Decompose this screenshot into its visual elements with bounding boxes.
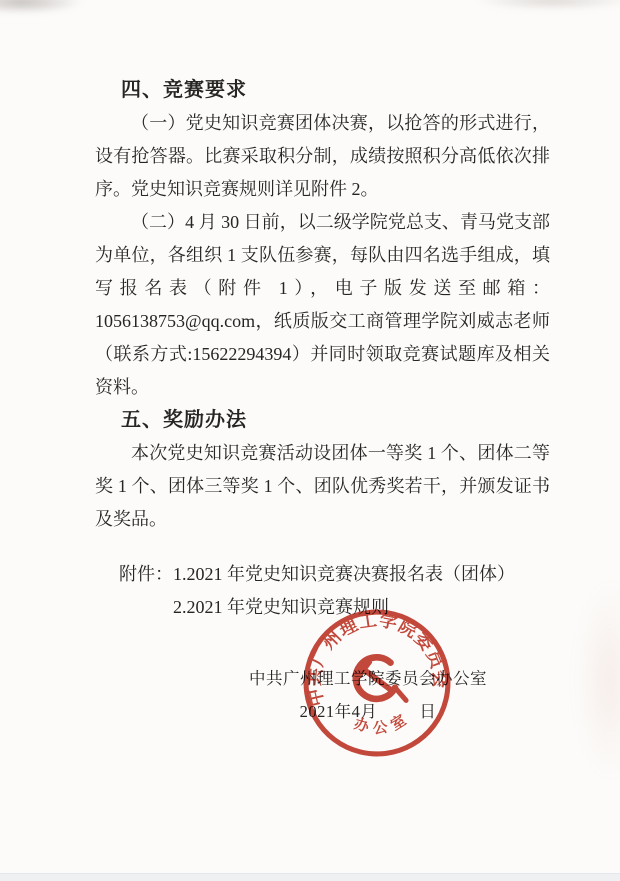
hammer-sickle-icon xyxy=(350,652,406,707)
scan-smudge-top-left xyxy=(0,0,84,14)
seal-bottom-text: 办公室 xyxy=(350,707,416,741)
official-seal: 中共广州理工学院委员会 办公室 xyxy=(290,596,464,770)
attachment-item-1: 附件：1.2021 年党史知识竞赛决赛报名表（团体） xyxy=(95,558,550,591)
section5-paragraph-1: 本次党史知识竞赛活动设团体一等奖 1 个、团体二等奖 1 个、团体三等奖 1 个… xyxy=(95,437,550,536)
section-heading-4: 四、竞赛要求 xyxy=(95,74,550,107)
scan-smudge-top-right xyxy=(478,0,620,10)
document-body: 四、竞赛要求 （一）党史知识竞赛团体决赛，以抢答的形式进行，设有抢答器。比赛采取… xyxy=(95,74,550,624)
section4-paragraph-2: （二）4 月 30 日前，以二级学院党总支、青马党支部为单位，各组织 1 支队伍… xyxy=(95,206,550,404)
section4-paragraph-1: （一）党史知识竞赛团体决赛，以抢答的形式进行，设有抢答器。比赛采取积分制，成绩按… xyxy=(95,107,550,206)
scanned-document-page: 四、竞赛要求 （一）党史知识竞赛团体决赛，以抢答的形式进行，设有抢答器。比赛采取… xyxy=(0,0,620,881)
section-heading-5: 五、奖励办法 xyxy=(95,404,550,437)
scan-bottom-edge xyxy=(0,873,620,881)
